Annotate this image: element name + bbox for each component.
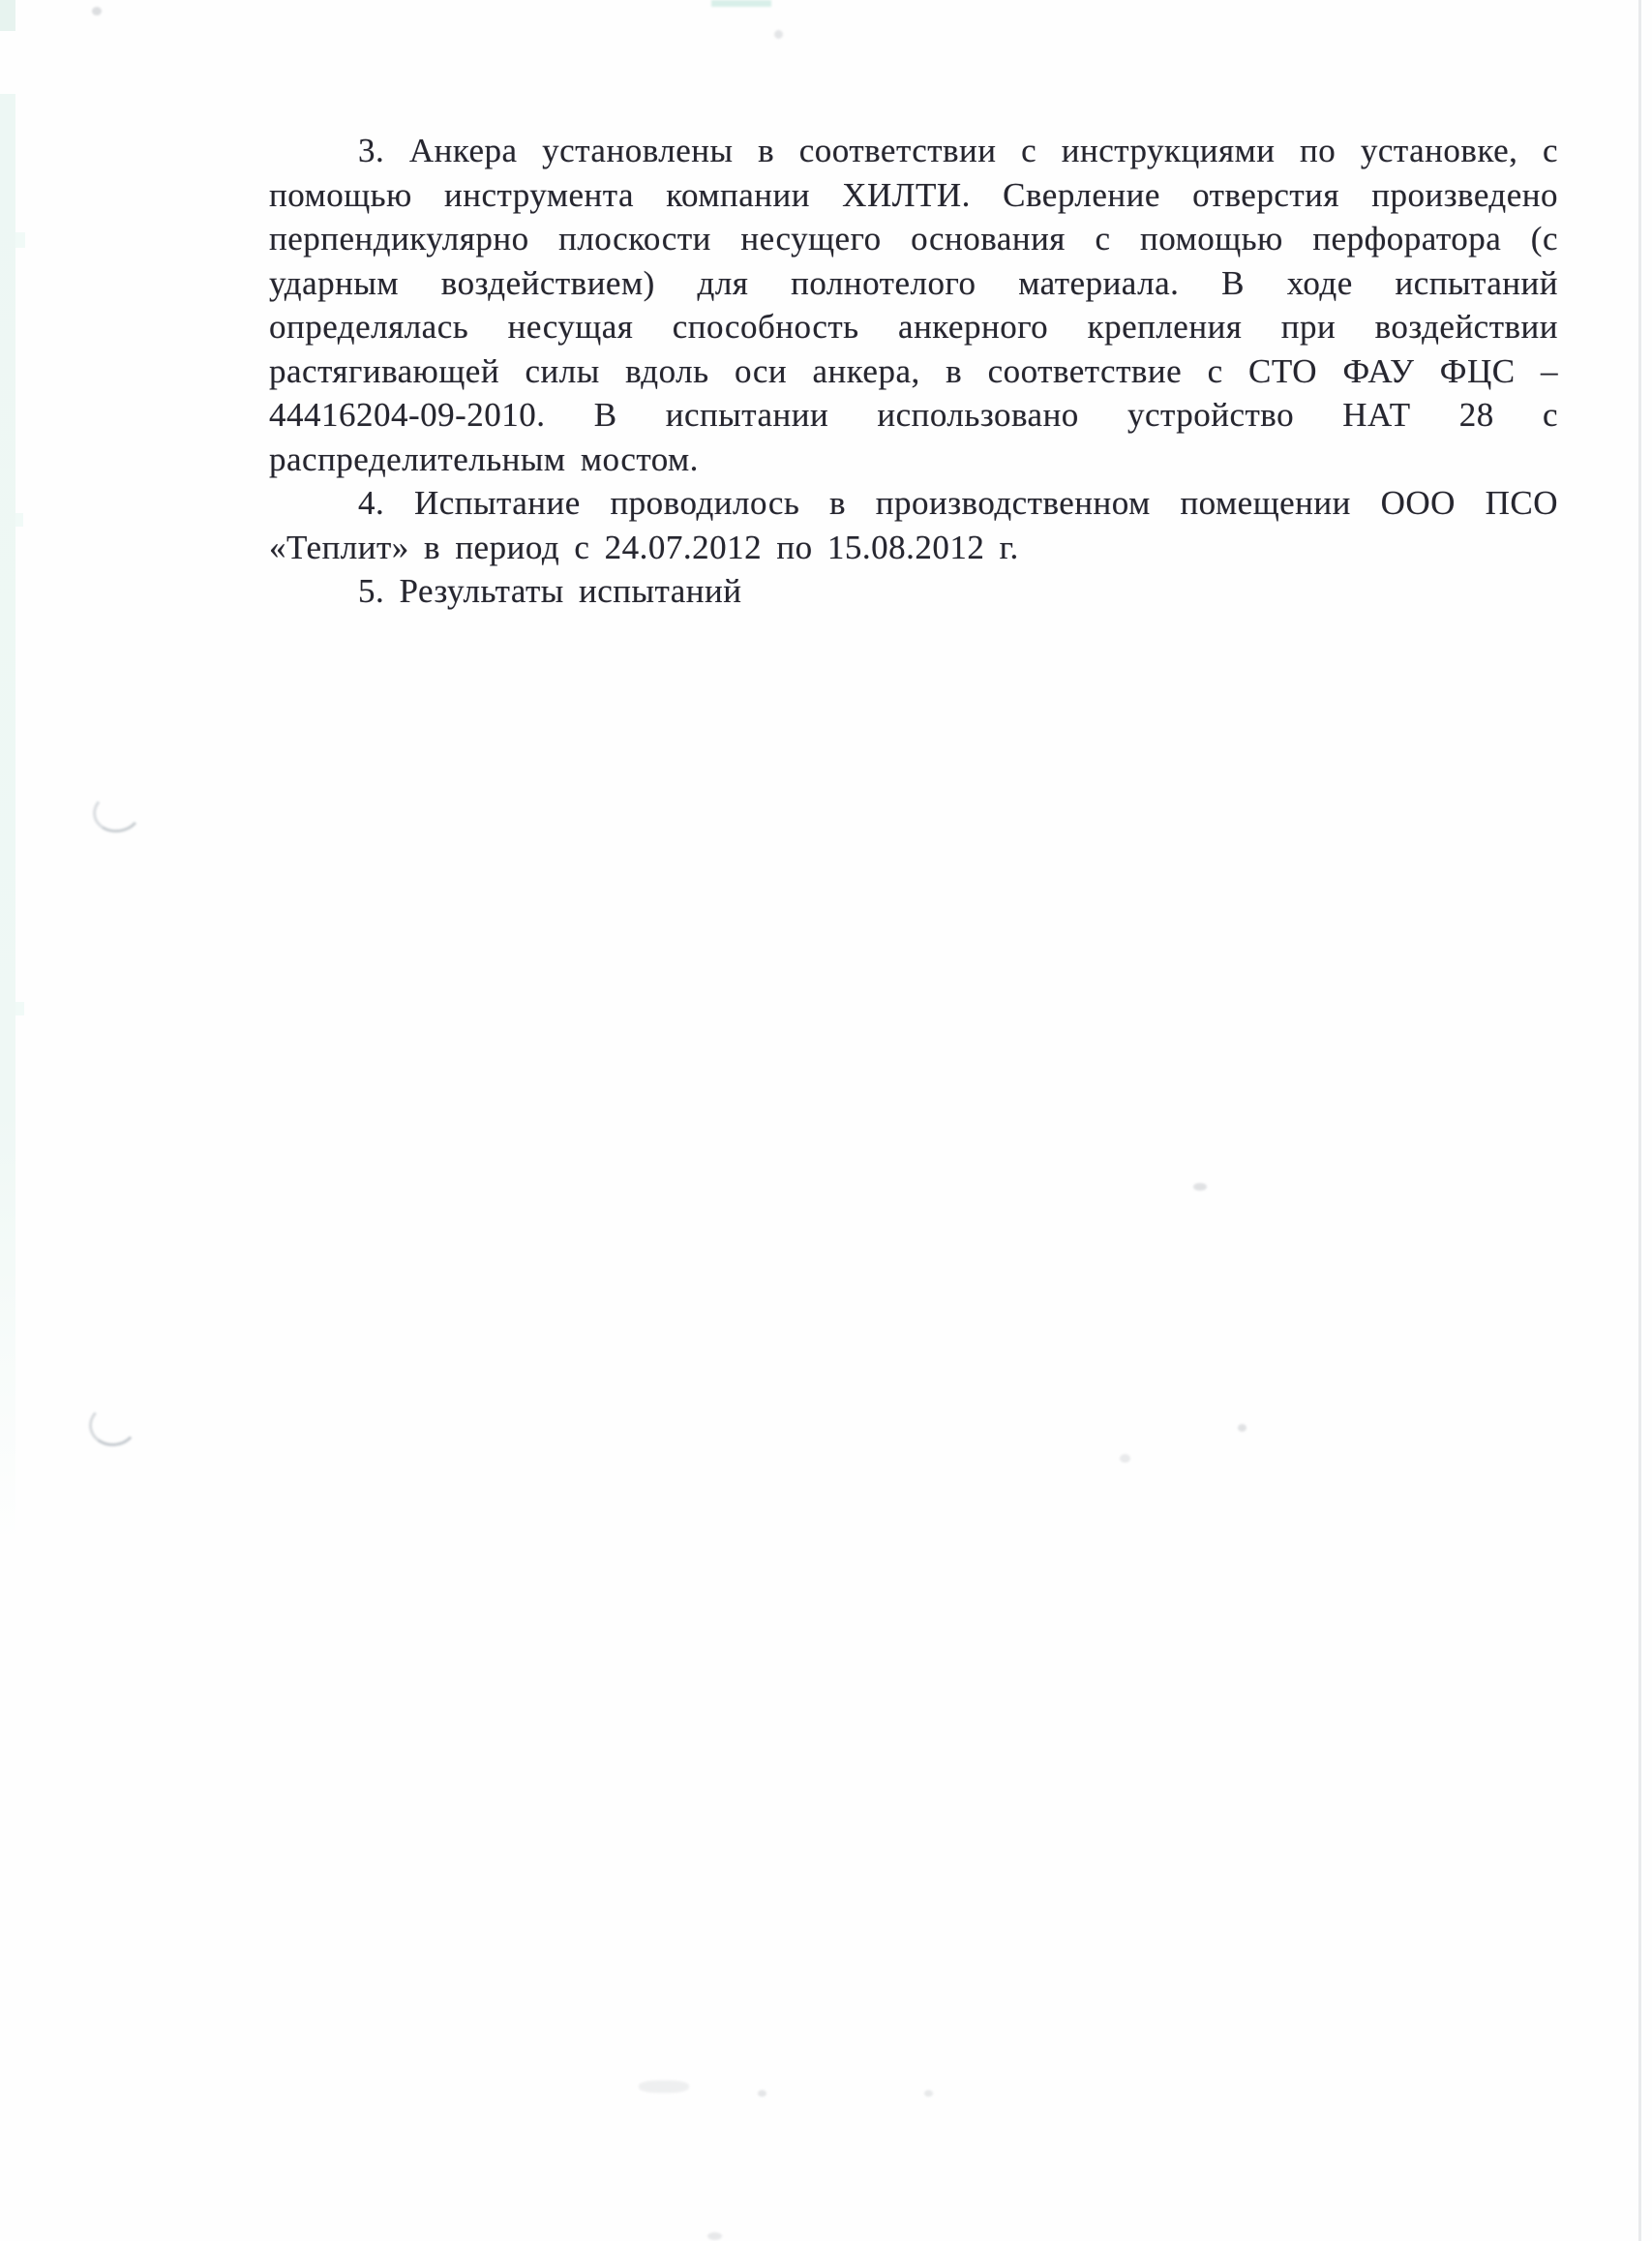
paragraph-item-4: 4. Испытание проводилось в производствен… bbox=[269, 481, 1558, 569]
paragraph-item-5: 5. Результаты испытаний bbox=[269, 569, 1558, 614]
document-text-block: 3. Анкера установлены в соответствии с и… bbox=[269, 129, 1558, 614]
scan-speck bbox=[707, 2232, 722, 2240]
scan-arc-mark-2 bbox=[87, 1402, 139, 1448]
scan-speck bbox=[924, 2090, 933, 2097]
scan-speck bbox=[774, 30, 783, 39]
scan-left-tick bbox=[15, 513, 23, 527]
paragraph-item-3: 3. Анкера установлены в соответствии с и… bbox=[269, 129, 1558, 481]
scan-left-tick bbox=[15, 1002, 24, 1015]
scan-speck bbox=[1238, 1424, 1247, 1432]
scan-left-tick bbox=[15, 232, 25, 248]
scan-arc-mark-1 bbox=[90, 789, 143, 836]
scanned-document-page: 3. Анкера установлены в соответствии с и… bbox=[0, 0, 1652, 2241]
scan-left-edge-tint bbox=[0, 94, 15, 1551]
scan-speck bbox=[92, 7, 102, 15]
scan-right-edge-line bbox=[1638, 0, 1641, 2241]
scan-speck bbox=[758, 2090, 766, 2097]
scan-speck bbox=[1193, 1183, 1207, 1191]
scan-top-tint-dash bbox=[711, 0, 771, 7]
scan-left-corner-tint bbox=[0, 0, 15, 31]
scan-speck bbox=[1120, 1454, 1130, 1463]
scan-speck bbox=[639, 2080, 689, 2093]
